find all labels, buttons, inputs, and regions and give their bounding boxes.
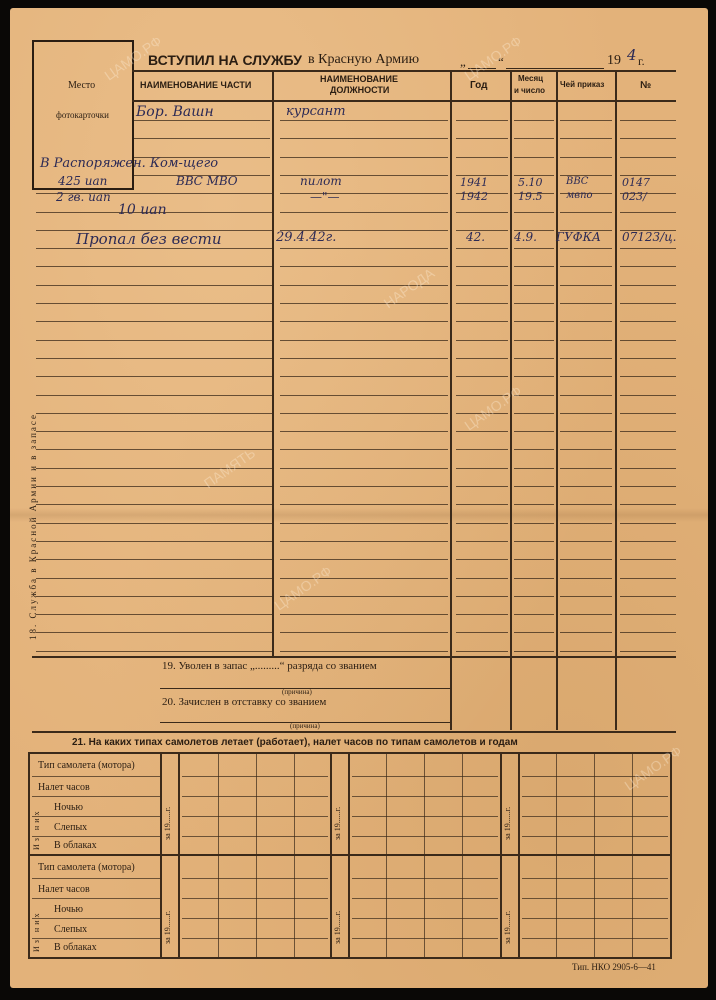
- entry-5-number: 07123/ц.: [622, 230, 676, 244]
- entry-5-order: ГУФКА: [556, 230, 601, 244]
- year-label-5: за 19......г.: [333, 911, 342, 944]
- year-label-1: за 19......г.: [163, 807, 172, 840]
- year-label-4: за 19......г.: [163, 911, 172, 944]
- header-unit: НАИМЕНОВАНИЕ ЧАСТИ: [140, 80, 251, 90]
- side-label: 18. Служба в Красной Армии и в запасе: [28, 413, 38, 640]
- row-label-type-2: Тип самолета (мотора): [38, 862, 135, 873]
- row-label-blind-2: Слепых: [54, 924, 87, 935]
- photo-label-1: Место: [68, 80, 95, 91]
- entry-1-unit: В Распоряжен. Ком-щего: [40, 156, 218, 171]
- section-20-caption: (причина): [290, 722, 320, 730]
- entry-3-unit: 2 гв. иап: [56, 190, 111, 204]
- header-position-1: НАИМЕНОВАНИЕ: [320, 74, 398, 84]
- header-month-1: Месяц: [518, 74, 543, 83]
- year-handwritten: 4: [627, 46, 637, 64]
- entry-2-order: ВВС: [566, 176, 588, 187]
- photo-label-2: фотокарточки: [56, 110, 109, 120]
- year-suffix: г.: [638, 54, 645, 69]
- quote-open: „: [460, 54, 466, 70]
- header-month-2: и число: [514, 86, 545, 95]
- header-number: №: [640, 80, 651, 91]
- entry-3-order: мвпо: [566, 190, 593, 201]
- entry-0-position: курсант: [286, 104, 346, 119]
- entry-2-number: 0147: [622, 176, 650, 189]
- entry-5-unit: Пропал без вести: [76, 230, 222, 248]
- entry-0-unit: Бор. Вашн: [136, 104, 214, 120]
- entry-2-unit: 425 иап: [58, 174, 107, 188]
- print-code: Тип. НКО 2905-6—41: [572, 962, 656, 972]
- entry-2-unit-extra: ВВС МВО: [176, 174, 238, 188]
- year-label-6: за 19......г.: [503, 911, 512, 944]
- entry-5-position: 29.4.42г.: [276, 230, 336, 245]
- entry-3-number: 023/: [622, 190, 647, 203]
- entry-3-year: 1942: [460, 190, 488, 203]
- row-label-type-1: Тип самолета (мотора): [38, 760, 135, 771]
- year-label-3: за 19......г.: [503, 807, 512, 840]
- row-label-night-2: Ночью: [54, 904, 83, 915]
- entry-5-year: 42.: [466, 230, 485, 244]
- quote-close: “: [498, 54, 504, 70]
- entry-4-unit: 10 иап: [118, 202, 167, 218]
- row-label-blind-1: Слепых: [54, 822, 87, 833]
- section-19-caption: (причина): [282, 688, 312, 696]
- row-label-hours-1: Налет часов: [38, 782, 90, 793]
- entry-3-date: 19.5: [518, 190, 543, 203]
- title-left: ВСТУПИЛ НА СЛУЖБУ: [148, 52, 302, 68]
- year-prefix: 19: [607, 53, 621, 69]
- row-label-hours-2: Налет часов: [38, 884, 90, 895]
- section-20: 20. Зачислен в отставку со званием: [162, 696, 326, 708]
- entry-2-year: 1941: [460, 176, 488, 189]
- row-label-clouds-1: В облаках: [54, 840, 97, 851]
- entry-2-position: пилот: [300, 174, 342, 188]
- entry-5-date: 4.9.: [514, 230, 537, 244]
- group-label-2: Из них: [32, 911, 41, 953]
- section-19: 19. Уволен в запас „.........“ разряда с…: [162, 660, 377, 672]
- row-label-night-1: Ночью: [54, 802, 83, 813]
- fold-crease: [10, 508, 708, 522]
- header-year: Год: [470, 80, 488, 91]
- title-right: в Красную Армию: [308, 52, 419, 68]
- section-21-title: 21. На каких типах самолетов летает (раб…: [72, 737, 518, 748]
- year-label-2: за 19......г.: [333, 807, 342, 840]
- row-label-clouds-2: В облаках: [54, 942, 97, 953]
- group-label-1: Из них: [32, 809, 41, 851]
- entry-2-date: 5.10: [518, 176, 543, 189]
- entry-3-position: —"—: [310, 190, 340, 204]
- header-order: Чей приказ: [560, 80, 604, 89]
- header-position-2: ДОЛЖНОСТИ: [330, 85, 389, 95]
